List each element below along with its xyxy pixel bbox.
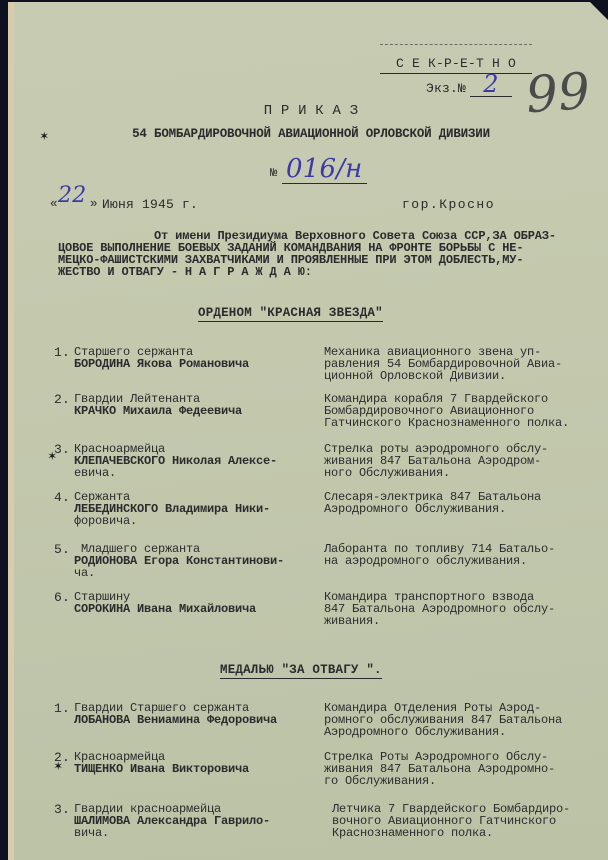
date-quote-close: » <box>90 198 98 211</box>
recipient-position: го Обслуживания. <box>324 775 436 788</box>
date-day: 22 <box>58 183 86 209</box>
document-page: С Е К-Р-Е-Т Н О Экз.№ 2 99 П Р И К А З 5… <box>8 2 608 860</box>
entry-number: 2. <box>54 393 70 406</box>
recipient-position: ционной Орловской Дивизии. <box>324 370 506 383</box>
date-month-year: Июня 1945 г. <box>102 198 198 211</box>
recipient-name: ЛОБАНОВА Вениамина Федоровича <box>74 714 277 727</box>
recipient-rank: вича. <box>74 827 109 840</box>
folded-corner <box>590 2 608 20</box>
copy-label: Экз.№ <box>426 82 466 95</box>
recipient-rank: евича. <box>74 467 116 480</box>
order-number-prefix: № <box>270 167 277 180</box>
punch-mark: ✶ <box>54 758 62 775</box>
entry-number: 3. <box>54 803 70 816</box>
recipient-position: Аэродромного Обслуживания. <box>324 726 506 739</box>
recipient-position: Краснознаменного полка. <box>332 827 493 840</box>
punch-mark: ✶ <box>40 128 48 145</box>
unit-name: 54 БОМБАРДИРОВОЧНОЙ АВИАЦИОННОЙ ОРЛОВСКО… <box>14 128 608 141</box>
date-quote-open: « <box>50 198 58 211</box>
copy-number: 2 <box>470 72 512 97</box>
recipient-name: ТИЩЕНКО Ивана Викторовича <box>74 763 249 776</box>
recipient-name: СОРОКИНА Ивана Михайловича <box>74 603 256 616</box>
section-heading: ОРДЕНОМ "КРАСНАЯ ЗВЕЗДА" <box>198 307 383 322</box>
entry-number: 6. <box>54 591 70 604</box>
entry-number: 1. <box>54 702 70 715</box>
recipient-name: БОРОДИНА Якова Романовича <box>74 358 249 371</box>
recipient-position: живания. <box>324 615 380 628</box>
dashed-rule <box>380 44 532 45</box>
entry-number: 5. <box>54 543 70 556</box>
recipient-position: на аэродромного обслуживания. <box>324 555 527 568</box>
recipient-rank: форовича. <box>74 515 137 528</box>
entry-number: 1. <box>54 346 70 359</box>
recipient-position: Гатчинского Краснознаменного полка. <box>324 417 569 430</box>
order-title: П Р И К А З <box>14 105 608 118</box>
recipient-position: ного Обслуживания. <box>324 467 450 480</box>
recipient-position: Аэродромного Обслуживания. <box>324 503 506 516</box>
recipient-name: РОДИОНОВА Егора Константинови- <box>74 555 284 568</box>
place: гор.Кросно <box>402 198 495 211</box>
recipient-rank: ча. <box>74 567 95 580</box>
recipient-name: КРАЧКО Михаила Федеевича <box>74 405 242 418</box>
entry-number: 4. <box>54 491 70 504</box>
preamble-line: ЖЕСТВО И ОТВАГУ - Н А Г Р А Ж Д А Ю: <box>58 266 312 279</box>
order-number: 016/н <box>282 155 367 184</box>
section-heading: МЕДАЛЬЮ "ЗА ОТВАГУ ". <box>220 664 382 679</box>
punch-mark: ✶ <box>48 448 56 465</box>
